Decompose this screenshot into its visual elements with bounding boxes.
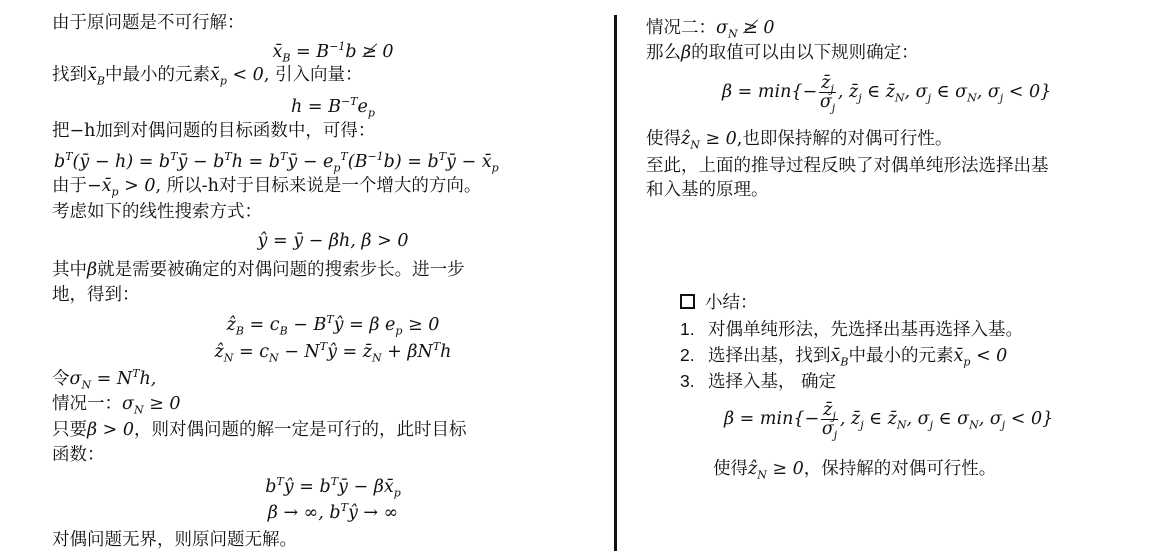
text-line: 对偶问题无界，则原问题无解。 — [52, 529, 297, 551]
text-line: 使得ẑN ≥ 0,也即保持解的对偶可行性。 — [646, 128, 952, 150]
text-line: 把−h加到对偶问题的目标函数中，可得： — [52, 120, 375, 142]
text-line: 至此，上面的推导过程反映了对偶单纯形法选择出基 — [646, 155, 1049, 177]
checkbox-square-icon — [680, 294, 695, 309]
equation-dual-obj: bTŷ = bTȳ − βx̄p — [52, 476, 614, 498]
text-line: 只要β > 0，则对偶问题的解一定是可行的，此时目标 — [52, 419, 467, 441]
text-line: 令σN = NTh, — [52, 368, 156, 390]
text-line: 地，得到： — [52, 284, 140, 306]
summary-item: 1.对偶单纯形法，先选择出基再选择入基。 — [680, 318, 1023, 341]
summary-conclusion: 使得ẑN ≥ 0，保持解的对偶可行性。 — [713, 458, 996, 480]
equation-beta-rule: β = min{−z̄jσj, z̄j ∈ z̄N, σj ∈ σN, σj <… — [722, 74, 1051, 111]
summary-title: 小结： — [680, 292, 758, 314]
summary-item: 3.选择入基， 确定 — [680, 370, 836, 393]
equation-summary-beta: β = min{−z̄jσj, z̄j ∈ z̄N, σj ∈ σN, σj <… — [724, 401, 1053, 438]
equation-zb: ẑB = cB − BTŷ = β ep ≥ 0 — [52, 314, 614, 336]
text-line: 由于原问题是不可行解： — [52, 12, 245, 34]
text-line: 由于−x̄p > 0, 所以-h对于目标来说是一个增大的方向。 — [52, 175, 481, 197]
text-line: 和入基的原理。 — [646, 179, 769, 201]
text-line: 函数： — [52, 444, 105, 466]
equation-objective: bT(ȳ − h) = bTȳ − bTh = bTȳ − epT(B−1b) … — [54, 151, 499, 173]
text-line: 考虑如下的线性搜索方式： — [52, 201, 262, 223]
equation-zn: ẑN = cN − NTŷ = z̄N + βNTh — [52, 341, 614, 363]
equation-h: h = B−Tep — [52, 96, 614, 118]
equation-line-search: ŷ = ȳ − βh, β > 0 — [52, 230, 614, 252]
text-line: 那么β的取值可以由以下规则确定： — [646, 42, 919, 64]
text-line: 情况二：σN ≱ 0 — [646, 17, 775, 39]
column-divider — [614, 15, 617, 551]
text-line: 情况一：σN ≥ 0 — [52, 393, 181, 415]
equation-unbounded: β → ∞, bTŷ → ∞ — [52, 502, 614, 524]
summary-item: 2.选择出基，找到x̄B中最小的元素x̄p < 0 — [680, 344, 1007, 367]
text-line: 找到x̄B中最小的元素x̄p < 0, 引入向量： — [52, 64, 362, 86]
equation-xb: x̄B = B−1b ≱ 0 — [52, 41, 614, 63]
text-line: 其中β就是需要被确定的对偶问题的搜索步长。进一步 — [52, 259, 465, 281]
